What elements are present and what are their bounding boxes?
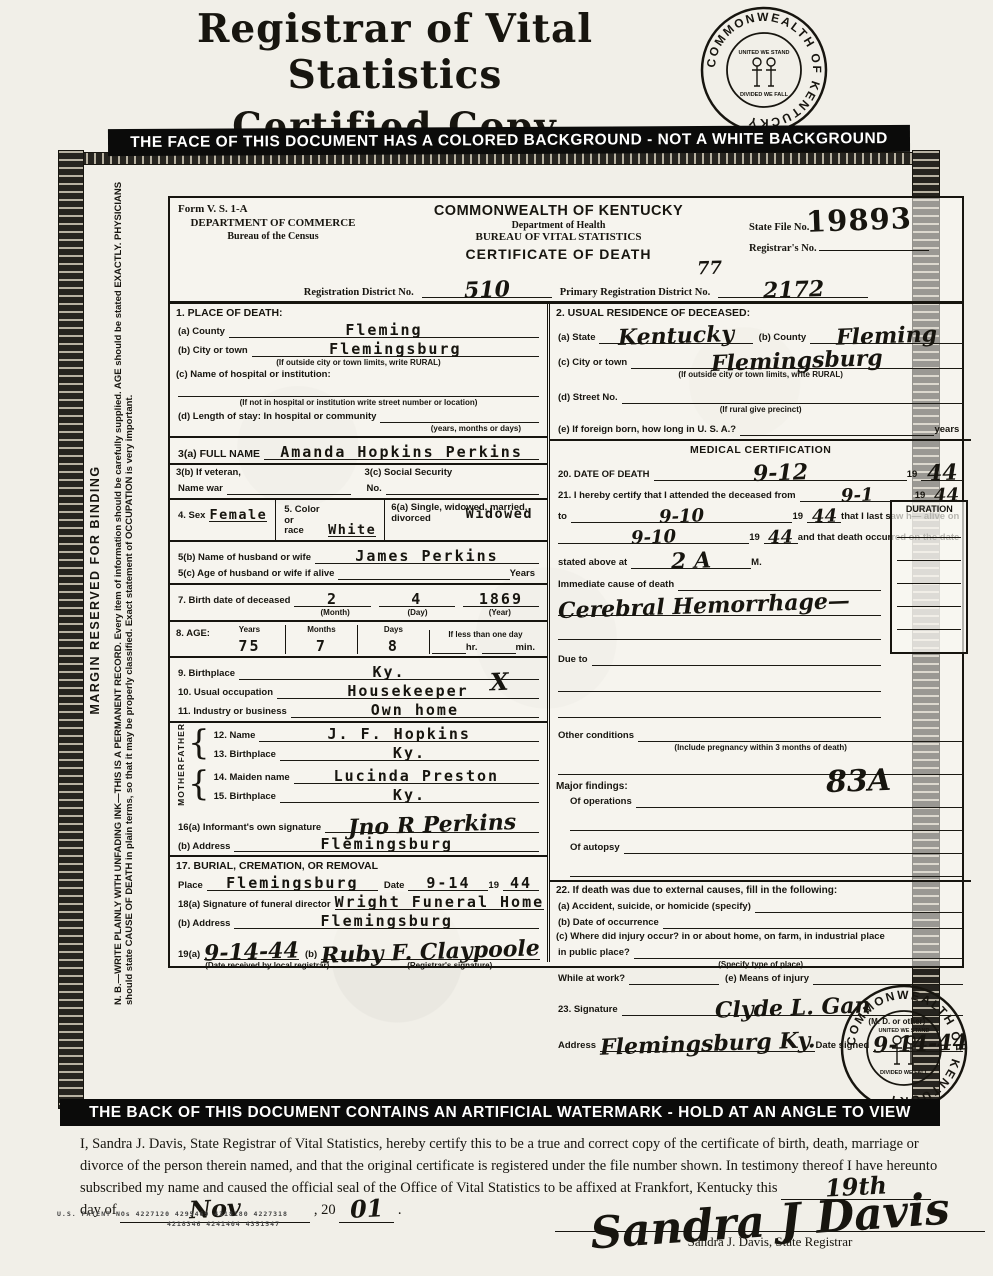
saw-year-line: 44 bbox=[764, 525, 798, 544]
dod-year-line: 44 bbox=[921, 458, 963, 481]
seal-figures-icon bbox=[892, 1036, 916, 1064]
certificate-of-death-title: CERTIFICATE OF DEATH bbox=[368, 246, 749, 262]
m-label: M. bbox=[751, 558, 766, 569]
cause-of-death-value: Cerebral Hemorrhage— bbox=[558, 590, 850, 622]
spouse-age-label: 5(c) Age of husband or wife if alive bbox=[178, 569, 338, 580]
due-to-line-3 bbox=[558, 704, 881, 718]
seal-figures-icon bbox=[752, 58, 776, 86]
full-name-label: 3(a) FULL NAME bbox=[178, 448, 264, 460]
mother-bp-value: Ky. bbox=[393, 786, 426, 804]
form-columns: 1. PLACE OF DEATH: (a) CountyFleming (b)… bbox=[170, 304, 962, 962]
saw-year-value: 44 bbox=[768, 529, 794, 548]
social-security-label: 3(c) Social Security bbox=[365, 468, 542, 479]
hospital-note: (If not in hospital or institution write… bbox=[176, 398, 541, 408]
ss-no-line bbox=[386, 481, 539, 495]
sex-label: 4. Sex bbox=[178, 511, 209, 522]
to-line: 9-10 bbox=[571, 504, 793, 523]
mother-bp-line: Ky. bbox=[280, 786, 539, 803]
age-years-cap: Years bbox=[216, 625, 283, 635]
stay-line bbox=[380, 409, 539, 423]
foreign-born-suffix: years bbox=[934, 425, 963, 436]
age-years-value: 75 bbox=[238, 637, 260, 655]
occupation-line: HousekeeperX bbox=[277, 682, 539, 699]
informant-addr-line: Flemingsburg bbox=[234, 835, 539, 852]
full-name-value: Amanda Hopkins Perkins bbox=[280, 443, 523, 461]
funeral-director-value: Wright Funeral Home bbox=[335, 893, 545, 911]
form-header-center: COMMONWEALTH OF KENTUCKY Department of H… bbox=[368, 203, 749, 275]
veteran-label: 3(b) If veteran, bbox=[176, 468, 353, 479]
burial-year-prefix: 19 bbox=[488, 881, 503, 892]
informant-addr-value: Flemingsburg bbox=[321, 835, 453, 853]
seal-top-graphic: COMMONWEALTH OF KENTUCKY UNITED WE STAND… bbox=[698, 4, 830, 136]
hospital-line bbox=[178, 383, 539, 397]
hour-line: 2 A bbox=[631, 546, 751, 569]
age-less-label: If less than one day bbox=[432, 630, 539, 640]
operations-line-2 bbox=[570, 817, 963, 831]
means-of-injury-label: (e) Means of injury bbox=[719, 974, 813, 985]
operations-line bbox=[636, 794, 964, 808]
certificate-form: Form V. S. 1-A DEPARTMENT OF COMMERCE Bu… bbox=[168, 196, 964, 968]
age-label: 8. AGE: bbox=[176, 625, 214, 640]
occupation-value: Housekeeper bbox=[347, 682, 468, 700]
burial-date-line: 9-14 bbox=[408, 874, 488, 891]
cause-line-2: Cerebral Hemorrhage— bbox=[558, 593, 881, 616]
residence-heading: 2. USUAL RESIDENCE OF DECEASED: bbox=[556, 307, 965, 319]
residence-state-label: (a) State bbox=[558, 333, 599, 344]
age-min-label: min. bbox=[516, 643, 540, 654]
duration-line bbox=[897, 538, 961, 561]
autopsy-label: Of autopsy bbox=[570, 843, 624, 854]
physician-addr-line: Flemingsburg Ky. bbox=[600, 1029, 815, 1052]
to-label: to bbox=[558, 512, 571, 523]
burial-year-value: 44 bbox=[510, 874, 532, 892]
major-findings-block: Major findings: 83A Of operations Of aut… bbox=[550, 778, 971, 881]
state-file-label: State File No. bbox=[749, 222, 809, 233]
father-bp-label: 13. Birthplace bbox=[214, 750, 280, 761]
burial-date-label: Date bbox=[378, 881, 409, 892]
marital-value: Widowed bbox=[466, 506, 533, 522]
patent-numbers: U.S. PATENT NOs 4227120 4295469 4318180 … bbox=[57, 1210, 288, 1230]
birth-day-value: 4 bbox=[411, 590, 422, 608]
form-header-left: Form V. S. 1-A DEPARTMENT OF COMMERCE Bu… bbox=[178, 203, 368, 275]
banner-top-text: THE FACE OF THIS DOCUMENT HAS A COLORED … bbox=[130, 130, 888, 152]
due-to-line-1 bbox=[592, 652, 882, 666]
dod-year-value: 44 bbox=[927, 462, 958, 485]
birthplace-value: Ky. bbox=[372, 663, 405, 681]
city-label: (b) City or town bbox=[178, 346, 252, 357]
mother-name-label: 14. Maiden name bbox=[214, 773, 294, 784]
birth-year-value: 1869 bbox=[479, 590, 523, 608]
city-line: Flemingsburg bbox=[252, 340, 539, 357]
age-min-line bbox=[482, 640, 516, 654]
right-column: 2. USUAL RESIDENCE OF DECEASED: (a) Stat… bbox=[550, 304, 971, 962]
dod-year-prefix: 19 bbox=[907, 470, 922, 481]
cause-line-1 bbox=[678, 577, 881, 591]
year-blank: 01 bbox=[339, 1200, 394, 1223]
state-registrar-signature-block: Sandra J Davis Sandra J. Davis, State Re… bbox=[555, 1186, 985, 1250]
name-war-line bbox=[227, 481, 351, 495]
received-b-label: (b) bbox=[299, 950, 321, 961]
physician-addr-label: Address bbox=[558, 1041, 600, 1052]
birth-date-label: 7. Birth date of deceased bbox=[178, 596, 294, 607]
while-at-work-line bbox=[629, 971, 719, 985]
mother-name-value: Lucinda Preston bbox=[334, 767, 499, 785]
bureau-of-vital-statistics: BUREAU OF VITAL STATISTICS bbox=[368, 231, 749, 244]
attended-label: 21. I hereby certify that I attended the… bbox=[558, 491, 800, 502]
to-year-line: 44 bbox=[807, 504, 841, 523]
cause-line-3 bbox=[558, 626, 881, 640]
full-name-line: Amanda Hopkins Perkins bbox=[264, 443, 539, 460]
saw-value: 9-10 bbox=[631, 528, 677, 548]
residence-county-line: Fleming bbox=[810, 321, 963, 344]
banner-bottom-text: THE BACK OF THIS DOCUMENT CONTAINS AN AR… bbox=[89, 1104, 911, 1122]
birth-month-line: 2 bbox=[294, 590, 370, 607]
burial-heading: 17. BURIAL, CREMATION, OR REMOVAL bbox=[176, 860, 541, 872]
place-of-death-heading: 1. PLACE OF DEATH: bbox=[176, 307, 541, 319]
to-year-prefix: 19 bbox=[792, 512, 807, 523]
external-c-line bbox=[634, 945, 964, 959]
title-line-1: Registrar of Vital Statistics bbox=[110, 6, 680, 98]
seal-bottom-graphic: COMMONWEALTH OF KENTUCKY UNITED WE STAND… bbox=[838, 982, 970, 1114]
foreign-born-line bbox=[740, 422, 934, 436]
attended-from-value: 9-1 bbox=[841, 487, 874, 506]
major-findings-label: Major findings: bbox=[556, 781, 965, 793]
form-header-right: State File No. 19893 Registrar's No. 77 bbox=[749, 203, 954, 275]
received-date-line: 9-14-44 bbox=[204, 937, 299, 960]
birth-month-value: 2 bbox=[327, 590, 338, 608]
father-name-value: J. F. Hopkins bbox=[327, 725, 470, 743]
father-brace: { bbox=[188, 723, 210, 763]
immediate-cause-label: Immediate cause of death bbox=[558, 580, 678, 591]
sex-color-marital-row: 4. SexFemale 5. Color or raceWhite 6(a) … bbox=[170, 500, 547, 541]
residence-city-label: (c) City or town bbox=[558, 358, 631, 369]
funeral-addr-line: Flemingsburg bbox=[234, 912, 539, 929]
date-of-death-value: 9-12 bbox=[752, 461, 808, 485]
informant-addr-label: (b) Address bbox=[178, 842, 234, 853]
external-a-label: (a) Accident, suicide, or homicide (spec… bbox=[558, 902, 755, 913]
registration-district-line: 510 bbox=[422, 275, 552, 298]
sex-value: Female bbox=[209, 507, 267, 523]
industry-value: Own home bbox=[371, 701, 459, 719]
birth-month-cap: (Month) bbox=[294, 608, 376, 618]
other-conditions-note: (Include pregnancy within 3 months of de… bbox=[556, 743, 965, 753]
duration-line bbox=[897, 584, 961, 607]
burial-date-value: 9-14 bbox=[426, 874, 470, 892]
funeral-addr-label: (b) Address bbox=[178, 919, 234, 930]
commonwealth-heading: COMMONWEALTH OF KENTUCKY bbox=[368, 203, 749, 220]
color-race-label: 5. Color or race bbox=[284, 505, 328, 538]
seal-motto-bottom: DIVIDED WE FALL bbox=[740, 92, 789, 98]
department-of-health: Department of Health bbox=[368, 220, 749, 232]
while-at-work-label: While at work? bbox=[558, 974, 629, 985]
mother-brace: { bbox=[188, 764, 210, 804]
hospital-label: (c) Name of hospital or institution: bbox=[176, 370, 541, 381]
autopsy-line bbox=[624, 840, 964, 854]
due-to-line-2 bbox=[558, 678, 881, 692]
received-num: 19(a) bbox=[178, 950, 204, 961]
spouse-age-suffix: Years bbox=[510, 569, 539, 580]
section-usual-residence: 2. USUAL RESIDENCE OF DECEASED: (a) Stat… bbox=[550, 304, 971, 439]
street-no-label: (d) Street No. bbox=[558, 393, 622, 404]
father-side-label: FATHER bbox=[176, 723, 186, 762]
burial-place-label: Place bbox=[178, 881, 207, 892]
external-c-note: (Specify type of place) bbox=[556, 960, 965, 970]
state-file-number: 19893 bbox=[805, 201, 912, 239]
primary-district-label: Primary Registration District No. bbox=[560, 287, 710, 298]
autopsy-line-2 bbox=[570, 863, 963, 877]
duration-label: DURATION bbox=[892, 504, 966, 515]
registration-district-row: Registration District No. 510 Primary Re… bbox=[170, 275, 962, 304]
burial-section: 17. BURIAL, CREMATION, OR REMOVAL Place … bbox=[170, 857, 547, 932]
residence-county-value: Fleming bbox=[836, 323, 938, 349]
primary-district-value: 2172 bbox=[762, 278, 824, 302]
industry-line: Own home bbox=[291, 701, 539, 718]
bureau-of-census: Bureau of the Census bbox=[178, 231, 368, 244]
other-conditions-label: Other conditions bbox=[558, 731, 638, 742]
husband-name-line: James Perkins bbox=[315, 547, 539, 564]
husband-name-value: James Perkins bbox=[355, 547, 498, 565]
duration-line bbox=[897, 515, 961, 538]
street-no-line bbox=[622, 390, 964, 404]
to-year-value: 44 bbox=[811, 508, 837, 527]
color-race-value: White bbox=[328, 522, 376, 538]
informant-sig-line: Jno R Perkins bbox=[325, 810, 539, 833]
age-row: 8. AGE: Years75 Months7 Days8 If less th… bbox=[170, 622, 547, 656]
age-days-cap: Days bbox=[360, 625, 427, 635]
stated-above-label: stated above at bbox=[558, 558, 631, 569]
registration-district-label: Registration District No. bbox=[304, 287, 414, 298]
department-of-commerce: DEPARTMENT OF COMMERCE bbox=[178, 217, 368, 231]
border-pattern-left bbox=[58, 150, 84, 1109]
county-label: (a) County bbox=[178, 327, 229, 338]
margin-nb-note: N. B.—WRITE PLAINLY WITH UNFADING INK—TH… bbox=[113, 175, 135, 1005]
ss-no-label: No. bbox=[367, 484, 386, 495]
duration-line bbox=[897, 561, 961, 584]
burial-year-line: 44 bbox=[503, 874, 539, 891]
registrar-no-line bbox=[819, 250, 929, 251]
city-value: Flemingsburg bbox=[329, 340, 461, 358]
residence-state-line: Kentucky bbox=[599, 321, 752, 344]
city-note: (If outside city or town limits, write R… bbox=[176, 358, 541, 368]
husband-name-label: 5(b) Name of husband or wife bbox=[178, 553, 315, 564]
left-column: 1. PLACE OF DEATH: (a) CountyFleming (b)… bbox=[170, 304, 550, 962]
duration-box: DURATION bbox=[890, 500, 968, 654]
residence-city-line: Flemingsburg bbox=[631, 346, 963, 369]
burial-place-value: Flemingsburg bbox=[226, 874, 358, 892]
birth-day-line: 4 bbox=[379, 590, 455, 607]
funeral-addr-value: Flemingsburg bbox=[321, 912, 453, 930]
veteran-ss-row: 3(b) If veteran, Name war 3(c) Social Se… bbox=[170, 465, 547, 498]
primary-district-line: 2172 bbox=[718, 275, 868, 298]
street-no-note: (If rural give precinct) bbox=[556, 405, 965, 415]
birth-year-line: 1869 bbox=[463, 590, 539, 607]
section-place-of-death: 1. PLACE OF DEATH: (a) CountyFleming (b)… bbox=[170, 304, 547, 436]
color-race-line: White bbox=[328, 520, 376, 537]
father-group: FATHER { 12. NameJ. F. Hopkins 13. Birth… bbox=[170, 723, 547, 763]
date-of-death-label: 20. DATE OF DEATH bbox=[558, 470, 654, 481]
cause-of-death-block: Immediate cause of death Cerebral Hemorr… bbox=[550, 572, 889, 721]
age-months-value: 7 bbox=[316, 637, 327, 655]
name-war-label: Name war bbox=[178, 484, 227, 495]
medical-certification-heading: MEDICAL CERTIFICATION bbox=[556, 444, 965, 456]
external-a-line bbox=[755, 899, 963, 913]
age-days-value: 8 bbox=[388, 637, 399, 655]
death-certificate-page: Registrar of Vital Statistics Certified … bbox=[0, 0, 993, 1276]
seal-ring-text: COMMONWEALTH OF KENTUCKY bbox=[844, 988, 964, 1108]
kentucky-seal-bottom: COMMONWEALTH OF KENTUCKY UNITED WE STAND… bbox=[838, 982, 970, 1114]
received-row: 19(a) 9-14-44 (b) Ruby F. Claypoole (Dat… bbox=[170, 932, 547, 973]
saw-year-prefix: 19 bbox=[749, 533, 764, 544]
informant-sig-label: 16(a) Informant's own signature bbox=[178, 823, 325, 834]
residence-county-label: (b) County bbox=[753, 333, 811, 344]
birth-day-cap: (Day) bbox=[376, 608, 458, 618]
stay-label: (d) Length of stay: In hospital or commu… bbox=[178, 412, 380, 423]
mother-bp-label: 15. Birthplace bbox=[214, 792, 280, 803]
age-hr-line bbox=[432, 640, 466, 654]
patent-line-1: U.S. PATENT NOs 4227120 4295469 4318180 … bbox=[57, 1210, 288, 1220]
registrar-no-label: Registrar's No. bbox=[749, 243, 817, 254]
age-hr-label: hr. bbox=[466, 643, 482, 654]
seal-motto-top: UNITED WE STAND bbox=[879, 1028, 930, 1034]
occupation-mark: X bbox=[490, 669, 509, 694]
duration-line bbox=[897, 607, 961, 630]
patent-line-2: 4218346 4241404 4351547 bbox=[57, 1220, 288, 1230]
county-line: Fleming bbox=[229, 321, 539, 338]
year-suffix: . bbox=[398, 1202, 402, 1218]
occupation-label: 10. Usual occupation bbox=[178, 688, 277, 699]
colored-background-banner: THE FACE OF THIS DOCUMENT HAS A COLORED … bbox=[108, 125, 910, 156]
form-number: Form V. S. 1-A bbox=[178, 203, 368, 217]
funeral-director-label: 18(a) Signature of funeral director bbox=[178, 900, 335, 911]
date-of-death-line: 9-12 bbox=[654, 458, 907, 481]
birthplace-label: 9. Birthplace bbox=[178, 669, 239, 680]
mother-group: MOTHER { 14. Maiden nameLucinda Preston … bbox=[170, 763, 547, 806]
industry-label: 11. Industry or business bbox=[178, 707, 291, 718]
residence-city-value: Flemingsburg bbox=[711, 347, 883, 375]
stay-note: (years, months or days) bbox=[176, 424, 541, 434]
year-value: 01 bbox=[350, 1202, 384, 1216]
year-prefix: , 20 bbox=[314, 1202, 336, 1218]
mother-name-line: Lucinda Preston bbox=[294, 767, 539, 784]
seal-ring-text: COMMONWEALTH OF KENTUCKY bbox=[704, 10, 824, 130]
due-to-label: Due to bbox=[558, 655, 592, 666]
operations-label: Of operations bbox=[570, 797, 636, 808]
seal-motto-top: UNITED WE STAND bbox=[739, 50, 790, 56]
father-bp-value: Ky. bbox=[393, 744, 426, 762]
external-b-line bbox=[663, 915, 963, 929]
external-b-label: (b) Date of occurrence bbox=[558, 918, 663, 929]
saw-line: 9-10 bbox=[558, 525, 749, 544]
registration-district-value: 510 bbox=[463, 278, 510, 302]
age-months-cap: Months bbox=[288, 625, 355, 635]
external-c-label: (c) Where did injury occur? in or about … bbox=[556, 932, 965, 943]
mother-side-label: MOTHER bbox=[176, 763, 186, 806]
sex-line: Female bbox=[209, 505, 267, 522]
svg-text:COMMONWEALTH OF KENTUCKY: COMMONWEALTH OF KENTUCKY bbox=[704, 10, 824, 130]
form-header: Form V. S. 1-A DEPARTMENT OF COMMERCE Bu… bbox=[170, 198, 962, 275]
to-value: 9-10 bbox=[659, 507, 705, 527]
svg-text:COMMONWEALTH OF KENTUCKY: COMMONWEALTH OF KENTUCKY bbox=[844, 988, 964, 1108]
father-name-label: 12. Name bbox=[214, 731, 260, 742]
kentucky-seal-top: COMMONWEALTH OF KENTUCKY UNITED WE STAND… bbox=[698, 4, 830, 136]
burial-place-line: Flemingsburg bbox=[207, 874, 378, 891]
other-conditions-line bbox=[638, 728, 963, 742]
artificial-watermark-banner: THE BACK OF THIS DOCUMENT CONTAINS AN AR… bbox=[60, 1099, 940, 1126]
spouse-age-line bbox=[338, 566, 509, 580]
physician-sig-label: 23. Signature bbox=[558, 1005, 622, 1016]
foreign-born-label: (e) If foreign born, how long in U. S. A… bbox=[558, 425, 740, 436]
birth-year-cap: (Year) bbox=[459, 608, 541, 618]
external-heading: 22. If death was due to external causes,… bbox=[556, 885, 965, 897]
margin-binding-text: MARGIN RESERVED FOR BINDING bbox=[88, 175, 102, 1005]
physician-addr-value: Flemingsburg Ky. bbox=[600, 1029, 816, 1059]
county-value: Fleming bbox=[345, 321, 422, 339]
registrar-sig-line: Ruby F. Claypoole bbox=[321, 937, 540, 960]
funeral-director-line: Wright Funeral Home bbox=[335, 893, 545, 910]
external-c2-label: in public place? bbox=[558, 948, 634, 959]
received-date-value: 9-14-44 bbox=[204, 940, 300, 965]
father-bp-line: Ky. bbox=[280, 744, 539, 761]
seal-motto-bottom: DIVIDED WE FALL bbox=[880, 1070, 929, 1076]
father-name-line: J. F. Hopkins bbox=[259, 725, 539, 742]
external-causes-block: 22. If death was due to external causes,… bbox=[550, 882, 971, 988]
other-conditions-line-2 bbox=[558, 761, 963, 775]
hour-value: 2 A bbox=[671, 549, 712, 572]
birth-date-row: 7. Birth date of deceased 2 4 1869 (Mont… bbox=[170, 585, 547, 620]
